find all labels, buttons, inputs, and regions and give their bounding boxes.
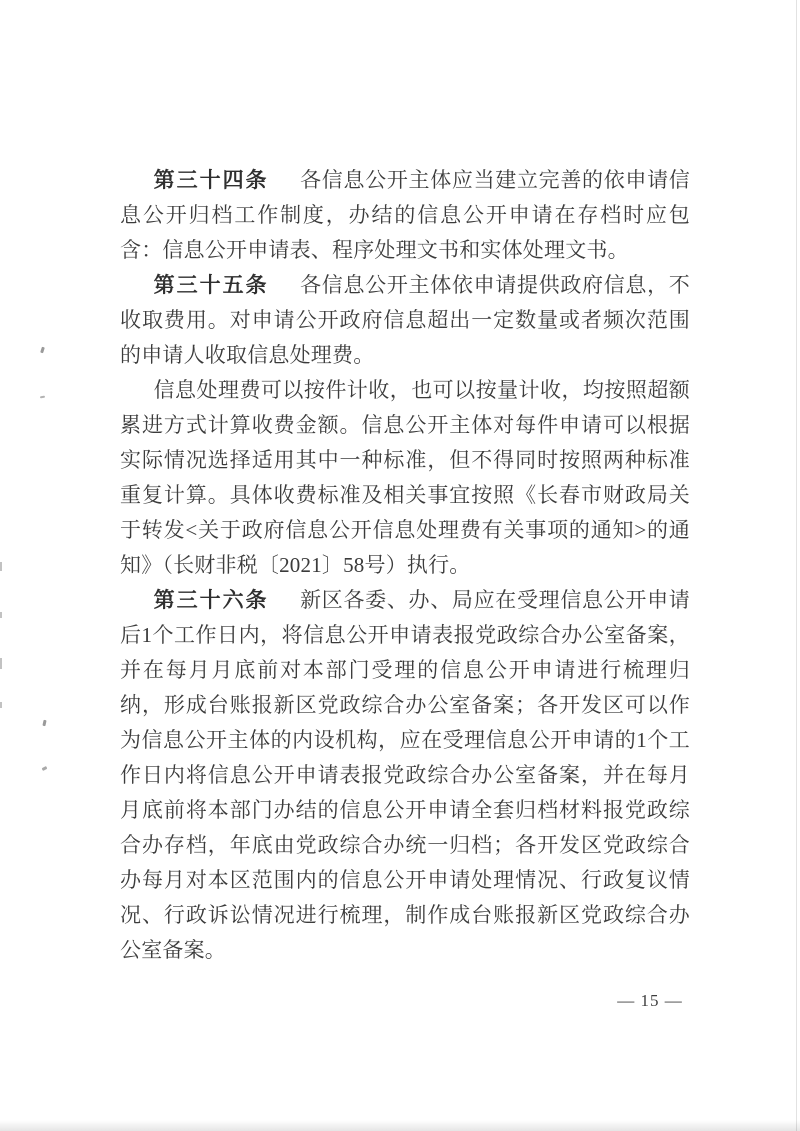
document-page: 第三十四条各信息公开主体应当建立完善的依申请信息公开归档工作制度，办结的信息公开… [0, 0, 800, 1131]
scan-speck [40, 347, 45, 354]
document-body: 第三十四条各信息公开主体应当建立完善的依申请信息公开归档工作制度，办结的信息公开… [120, 163, 690, 968]
scan-edge-mark [0, 562, 2, 571]
scan-speck [40, 396, 45, 399]
page-number: — 15 — [600, 991, 700, 1011]
paragraph-processing-fee: 信息处理费可以按件计收，也可以按量计收，均按照超额累进方式计算收费金额。信息公开… [120, 373, 690, 583]
scan-speck [42, 766, 48, 771]
article-35-heading: 第三十五条 [154, 274, 269, 297]
processing-fee-text: 信息处理费可以按件计收，也可以按量计收，均按照超额累进方式计算收费金额。信息公开… [120, 378, 690, 577]
paragraph-article-35: 第三十五条各信息公开主体依申请提供政府信息，不收取费用。对申请公开政府信息超出一… [120, 268, 690, 373]
scan-edge-mark [0, 612, 2, 618]
scan-right-edge-line [796, 0, 797, 1131]
article-34-heading: 第三十四条 [154, 169, 269, 192]
article-36-text: 新区各委、办、局应在受理信息公开申请后1个工作日内，将信息公开申请表报党政综合办… [120, 588, 690, 962]
scan-bottom-edge-shadow [0, 1120, 800, 1131]
paragraph-article-34: 第三十四条各信息公开主体应当建立完善的依申请信息公开归档工作制度，办结的信息公开… [120, 163, 690, 268]
paragraph-article-36: 第三十六条新区各委、办、局应在受理信息公开申请后1个工作日内，将信息公开申请表报… [120, 583, 690, 968]
article-36-heading: 第三十六条 [154, 589, 269, 612]
scan-edge-mark [0, 702, 2, 708]
scan-speck [42, 720, 46, 726]
scan-edge-mark [0, 658, 2, 669]
